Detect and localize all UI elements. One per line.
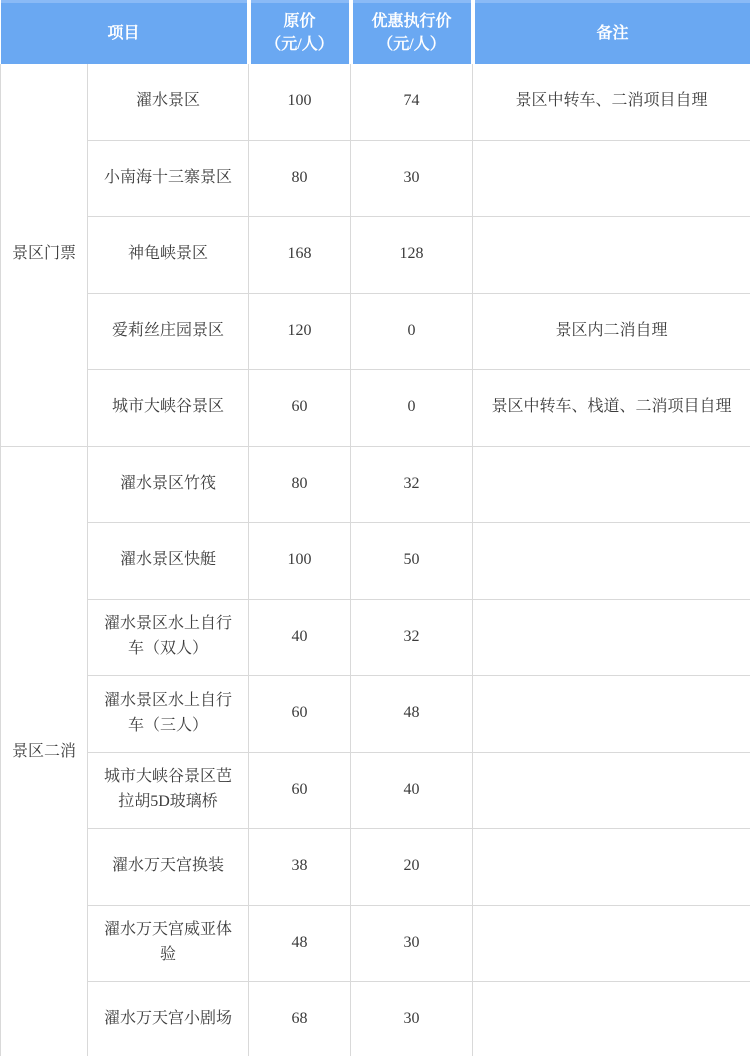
group-label-secondary: 景区二消 bbox=[1, 446, 88, 1056]
discount-price-cell: 0 bbox=[351, 293, 473, 370]
discount-price-cell: 30 bbox=[351, 140, 473, 217]
remark-cell bbox=[473, 829, 750, 906]
item-cell: 城市大峡谷景区芭拉胡5D玻璃桥 bbox=[88, 752, 249, 829]
original-price-cell: 40 bbox=[249, 599, 351, 676]
remark-cell: 景区中转车、栈道、二消项目自理 bbox=[473, 370, 750, 447]
remark-cell bbox=[473, 446, 750, 523]
remark-cell bbox=[473, 599, 750, 676]
item-cell: 濯水万天宫换装 bbox=[88, 829, 249, 906]
item-cell: 濯水景区水上自行车（三人） bbox=[88, 676, 249, 753]
original-price-cell: 60 bbox=[249, 752, 351, 829]
table-row: 濯水景区水上自行车（三人） 60 48 bbox=[1, 676, 750, 753]
remark-cell bbox=[473, 905, 750, 982]
item-cell: 城市大峡谷景区 bbox=[88, 370, 249, 447]
discount-price-cell: 128 bbox=[351, 217, 473, 294]
remark-cell bbox=[473, 217, 750, 294]
table-row: 神龟峡景区 168 128 bbox=[1, 217, 750, 294]
remark-cell bbox=[473, 982, 750, 1056]
header-discount-price: 优惠执行价 （元/人） bbox=[351, 2, 473, 64]
item-cell: 濯水景区快艇 bbox=[88, 523, 249, 600]
table-row: 濯水景区快艇 100 50 bbox=[1, 523, 750, 600]
item-cell: 濯水万天宫小剧场 bbox=[88, 982, 249, 1056]
table-row: 景区门票 濯水景区 100 74 景区中转车、二消项目自理 bbox=[1, 64, 750, 141]
group-label-tickets: 景区门票 bbox=[1, 64, 88, 447]
original-price-cell: 80 bbox=[249, 446, 351, 523]
discount-price-cell: 48 bbox=[351, 676, 473, 753]
table-row: 城市大峡谷景区 60 0 景区中转车、栈道、二消项目自理 bbox=[1, 370, 750, 447]
discount-price-cell: 32 bbox=[351, 599, 473, 676]
table-row: 小南海十三寨景区 80 30 bbox=[1, 140, 750, 217]
scenic-price-table: 项目 原价 （元/人） 优惠执行价 （元/人） 备注 景区门票 濯水景区 100… bbox=[0, 0, 750, 1056]
remark-cell bbox=[473, 523, 750, 600]
table-row: 濯水万天宫换装 38 20 bbox=[1, 829, 750, 906]
item-cell: 濯水景区竹筏 bbox=[88, 446, 249, 523]
remark-cell: 景区内二消自理 bbox=[473, 293, 750, 370]
discount-price-cell: 30 bbox=[351, 982, 473, 1056]
discount-price-cell: 0 bbox=[351, 370, 473, 447]
item-cell: 濯水景区 bbox=[88, 64, 249, 141]
table-header: 项目 原价 （元/人） 优惠执行价 （元/人） 备注 bbox=[1, 2, 750, 64]
original-price-cell: 168 bbox=[249, 217, 351, 294]
remark-cell bbox=[473, 752, 750, 829]
original-price-cell: 100 bbox=[249, 523, 351, 600]
item-cell: 神龟峡景区 bbox=[88, 217, 249, 294]
item-cell: 小南海十三寨景区 bbox=[88, 140, 249, 217]
table-row: 濯水万天宫威亚体验 48 30 bbox=[1, 905, 750, 982]
original-price-cell: 100 bbox=[249, 64, 351, 141]
item-cell: 濯水万天宫威亚体验 bbox=[88, 905, 249, 982]
discount-price-cell: 50 bbox=[351, 523, 473, 600]
original-price-cell: 38 bbox=[249, 829, 351, 906]
remark-cell: 景区中转车、二消项目自理 bbox=[473, 64, 750, 141]
original-price-cell: 80 bbox=[249, 140, 351, 217]
discount-price-cell: 40 bbox=[351, 752, 473, 829]
discount-price-cell: 74 bbox=[351, 64, 473, 141]
original-price-cell: 48 bbox=[249, 905, 351, 982]
original-price-cell: 68 bbox=[249, 982, 351, 1056]
header-original-price: 原价 （元/人） bbox=[249, 2, 351, 64]
discount-price-cell: 32 bbox=[351, 446, 473, 523]
original-price-cell: 60 bbox=[249, 676, 351, 753]
discount-price-cell: 30 bbox=[351, 905, 473, 982]
table-body: 景区门票 濯水景区 100 74 景区中转车、二消项目自理 小南海十三寨景区 8… bbox=[1, 64, 750, 1056]
remark-cell bbox=[473, 140, 750, 217]
discount-price-cell: 20 bbox=[351, 829, 473, 906]
table-row: 爱莉丝庄园景区 120 0 景区内二消自理 bbox=[1, 293, 750, 370]
original-price-cell: 120 bbox=[249, 293, 351, 370]
header-item: 项目 bbox=[1, 2, 249, 64]
table-row: 城市大峡谷景区芭拉胡5D玻璃桥 60 40 bbox=[1, 752, 750, 829]
table-row: 景区二消 濯水景区竹筏 80 32 bbox=[1, 446, 750, 523]
original-price-cell: 60 bbox=[249, 370, 351, 447]
item-cell: 濯水景区水上自行车（双人） bbox=[88, 599, 249, 676]
header-remark: 备注 bbox=[473, 2, 750, 64]
remark-cell bbox=[473, 676, 750, 753]
header-row: 项目 原价 （元/人） 优惠执行价 （元/人） 备注 bbox=[1, 2, 750, 64]
table-row: 濯水景区水上自行车（双人） 40 32 bbox=[1, 599, 750, 676]
table-row: 濯水万天宫小剧场 68 30 bbox=[1, 982, 750, 1056]
item-cell: 爱莉丝庄园景区 bbox=[88, 293, 249, 370]
